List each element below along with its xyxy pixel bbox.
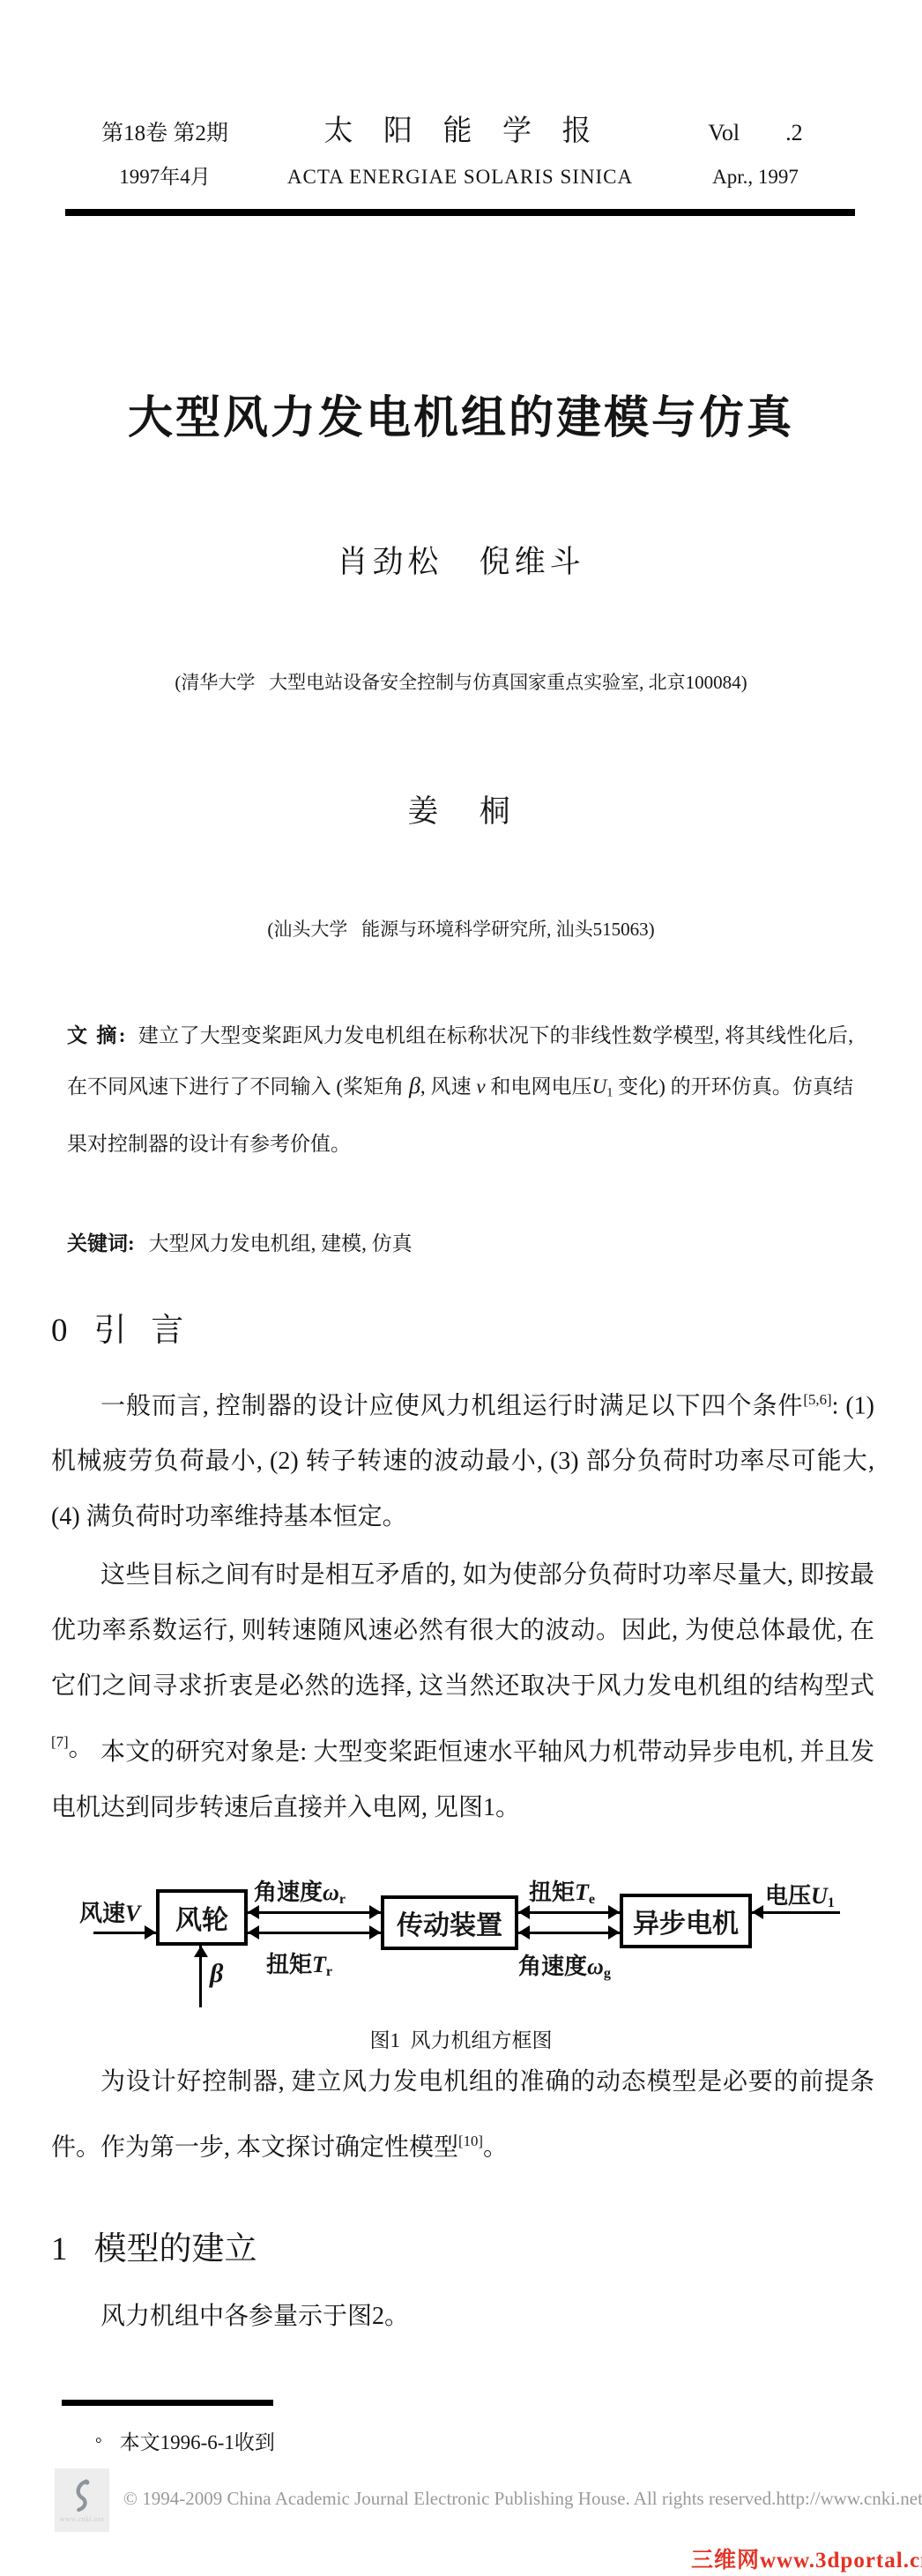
paragraph-parameters: 风力机组中各参量示于图2。	[51, 2289, 874, 2344]
cnki-swirl-icon	[69, 2478, 95, 2515]
abstract-text: 和电网电压	[486, 1076, 592, 1098]
arrowhead-into-generator	[752, 1905, 763, 1919]
label-subscript: r	[339, 1892, 346, 1907]
label-text: 角速度	[254, 1880, 323, 1905]
label-subscript: 1	[828, 1895, 835, 1910]
torque-e-line	[518, 1911, 620, 1914]
masthead-row-1: 第18卷 第2期 太 阳 能 学 报 Vol .2	[63, 108, 857, 149]
label-variable: ω	[323, 1880, 339, 1905]
affiliation-1: (清华大学 大型电站设备安全控制与仿真国家重点实验室, 北京100084)	[0, 668, 922, 695]
paragraph-text: 一般而言, 控制器的设计应使风力机组运行时满足以下四个条件	[100, 1392, 803, 1419]
volume-en: Vol .2	[654, 120, 857, 146]
section-title: 模型的建立	[94, 2231, 257, 2267]
masthead-rule	[65, 209, 855, 216]
label-subscript: r	[326, 1964, 332, 1979]
masthead-row-2: 1997年4月 ACTA ENERGIAE SOLARIS SINICA Apr…	[63, 160, 857, 190]
rotor-box: 风轮	[156, 1889, 248, 1946]
label-text: 扭矩	[529, 1880, 575, 1905]
authors-group-1: 肖劲松 倪维斗	[0, 538, 922, 582]
label-variable: ω	[587, 1954, 604, 1979]
journal-page: 第18卷 第2期 太 阳 能 学 报 Vol .2 1997年4月 ACTA E…	[0, 0, 922, 2576]
arrowhead-omega-r-right	[369, 1905, 381, 1919]
keywords: 关键词:大型风力发电机组, 建模, 仿真	[67, 1227, 853, 1256]
label-variable: T	[575, 1880, 589, 1905]
copyright-line: © 1994-2009 China Academic Journal Elect…	[123, 2488, 871, 2510]
copyright-text: © 1994-2009 China Academic Journal Elect…	[123, 2488, 776, 2510]
label-variable: U	[811, 1883, 828, 1909]
label-variable: V	[125, 1901, 140, 1926]
section-heading-0: 0引 言	[51, 1303, 183, 1351]
authors-group-2: 姜 桐	[0, 787, 922, 831]
keywords-label: 关键词:	[67, 1232, 135, 1254]
section-number: 1	[51, 2231, 68, 2267]
figure-1-diagram: 风速V 风轮 β 角速度ωr 扭矩Tr 传动装置 扭矩Te 角速度ωg 异步电机	[53, 1878, 873, 2023]
cnki-logo: www.cnki.net	[55, 2468, 109, 2532]
label-text: 电压	[765, 1883, 811, 1909]
wind-speed-input-label: 风速V	[79, 1895, 140, 1928]
label-text: 扭矩	[266, 1952, 312, 1977]
affiliation-2: (汕头大学 能源与环境科学研究所, 汕头515063)	[0, 915, 922, 942]
arrowhead-into-rotor	[145, 1925, 156, 1939]
generator-box: 异步电机	[620, 1894, 752, 1948]
cnki-logo-caption: www.cnki.net	[60, 2515, 104, 2523]
arrowhead-torque-e-right	[608, 1905, 620, 1919]
section-title: 引 言	[94, 1313, 184, 1349]
voltage-input-label: 电压U1	[765, 1878, 835, 1911]
generator-box-label: 异步电机	[633, 1902, 739, 1940]
omega-r-line	[248, 1911, 381, 1914]
omega-r-label: 角速度ωr	[254, 1874, 346, 1908]
torque-r-line	[248, 1932, 381, 1934]
footnote: °本文1996-6-1收到	[95, 2426, 275, 2455]
arrowhead-torque-r-left	[248, 1925, 259, 1939]
rotor-box-label: 风轮	[175, 1898, 228, 1937]
wind-speed-symbol: v	[476, 1076, 485, 1098]
section-heading-1: 1模型的建立	[51, 2222, 257, 2269]
issue-info-cn: 第18卷 第2期	[63, 115, 266, 147]
arrowhead-omega-g-right	[608, 1925, 620, 1939]
arrowhead-omega-g-left	[518, 1925, 530, 1939]
omega-g-label: 角速度ωg	[518, 1948, 611, 1982]
keywords-text: 大型风力发电机组, 建模, 仿真	[149, 1232, 413, 1254]
issue-date-en: Apr., 1997	[654, 166, 857, 189]
beta-input-label: β	[210, 1959, 223, 1989]
label-text: 角速度	[518, 1954, 587, 1979]
drive-train-box-label: 传动装置	[397, 1903, 502, 1942]
label-subscript: e	[589, 1892, 595, 1907]
drive-train-box: 传动装置	[381, 1895, 518, 1950]
paragraph-intro-1: 一般而言, 控制器的设计应使风力机组运行时满足以下四个条件[5,6]: (1) …	[51, 1372, 874, 1545]
paragraph-model-intro: 为设计好控制器, 建立风力发电机组的准确的动态模型是必要的前提条件。作为第一步,…	[51, 2052, 874, 2177]
footnote-rule	[62, 2400, 273, 2406]
section-number: 0	[51, 1313, 68, 1349]
voltage-input-line	[752, 1911, 840, 1914]
journal-title-cn: 太 阳 能 学 报	[324, 108, 597, 149]
journal-title-en: ACTA ENERGIAE SOLARIS SINICA	[287, 166, 633, 189]
paragraph-text: 本文的研究对象是: 大型变桨距恒速水平轴风力机带动异步电机, 并且发电机达到同步…	[51, 1738, 874, 1821]
reference-marker: [5,6]	[803, 1391, 831, 1408]
abstract-label: 文 摘:	[67, 1024, 127, 1046]
abstract: 文 摘:建立了大型变桨距风力发电机组在标称状况下的非线性数学模型, 将其线性化后…	[67, 1010, 853, 1169]
arrowhead-torque-r-right	[369, 1925, 381, 1939]
label-variable: T	[312, 1952, 326, 1977]
paragraph-text: 风力机组中各参量示于图2。	[100, 2303, 409, 2330]
cnki-url: http://www.cnki.net	[776, 2488, 922, 2510]
abstract-text: , 风速	[420, 1076, 476, 1098]
footnote-marker: °	[95, 2435, 102, 2453]
beta-symbol: β	[409, 1073, 420, 1098]
watermark-3dportal: 三维网www.3dportal.cn	[691, 2542, 922, 2574]
arrowhead-into-rotor-bottom	[194, 1946, 208, 1957]
paragraph-intro-3: 本文的研究对象是: 大型变桨距恒速水平轴风力机带动异步电机, 并且发电机达到同步…	[51, 1724, 874, 1835]
torque-e-label: 扭矩Te	[529, 1874, 595, 1908]
footnote-text: 本文1996-6-1收到	[120, 2431, 275, 2453]
torque-r-label: 扭矩Tr	[266, 1947, 332, 1980]
voltage-symbol: U	[592, 1076, 607, 1098]
label-text: 风速	[79, 1901, 125, 1926]
article-title: 大型风力发电机组的建模与仿真	[0, 381, 922, 446]
paragraph-text: 这些目标之间有时是相互矛盾的, 如为使部分负荷时功率尽量大, 即按最优功率系数运…	[51, 1561, 874, 1700]
reference-marker: [10]	[458, 2133, 483, 2149]
omega-g-line	[518, 1932, 620, 1934]
figure-1-caption: 图1 风力机组方框图	[0, 2024, 922, 2053]
paragraph-text: 。	[483, 2133, 508, 2161]
issue-date-cn: 1997年4月	[63, 160, 266, 190]
label-subscript: g	[604, 1966, 611, 1981]
